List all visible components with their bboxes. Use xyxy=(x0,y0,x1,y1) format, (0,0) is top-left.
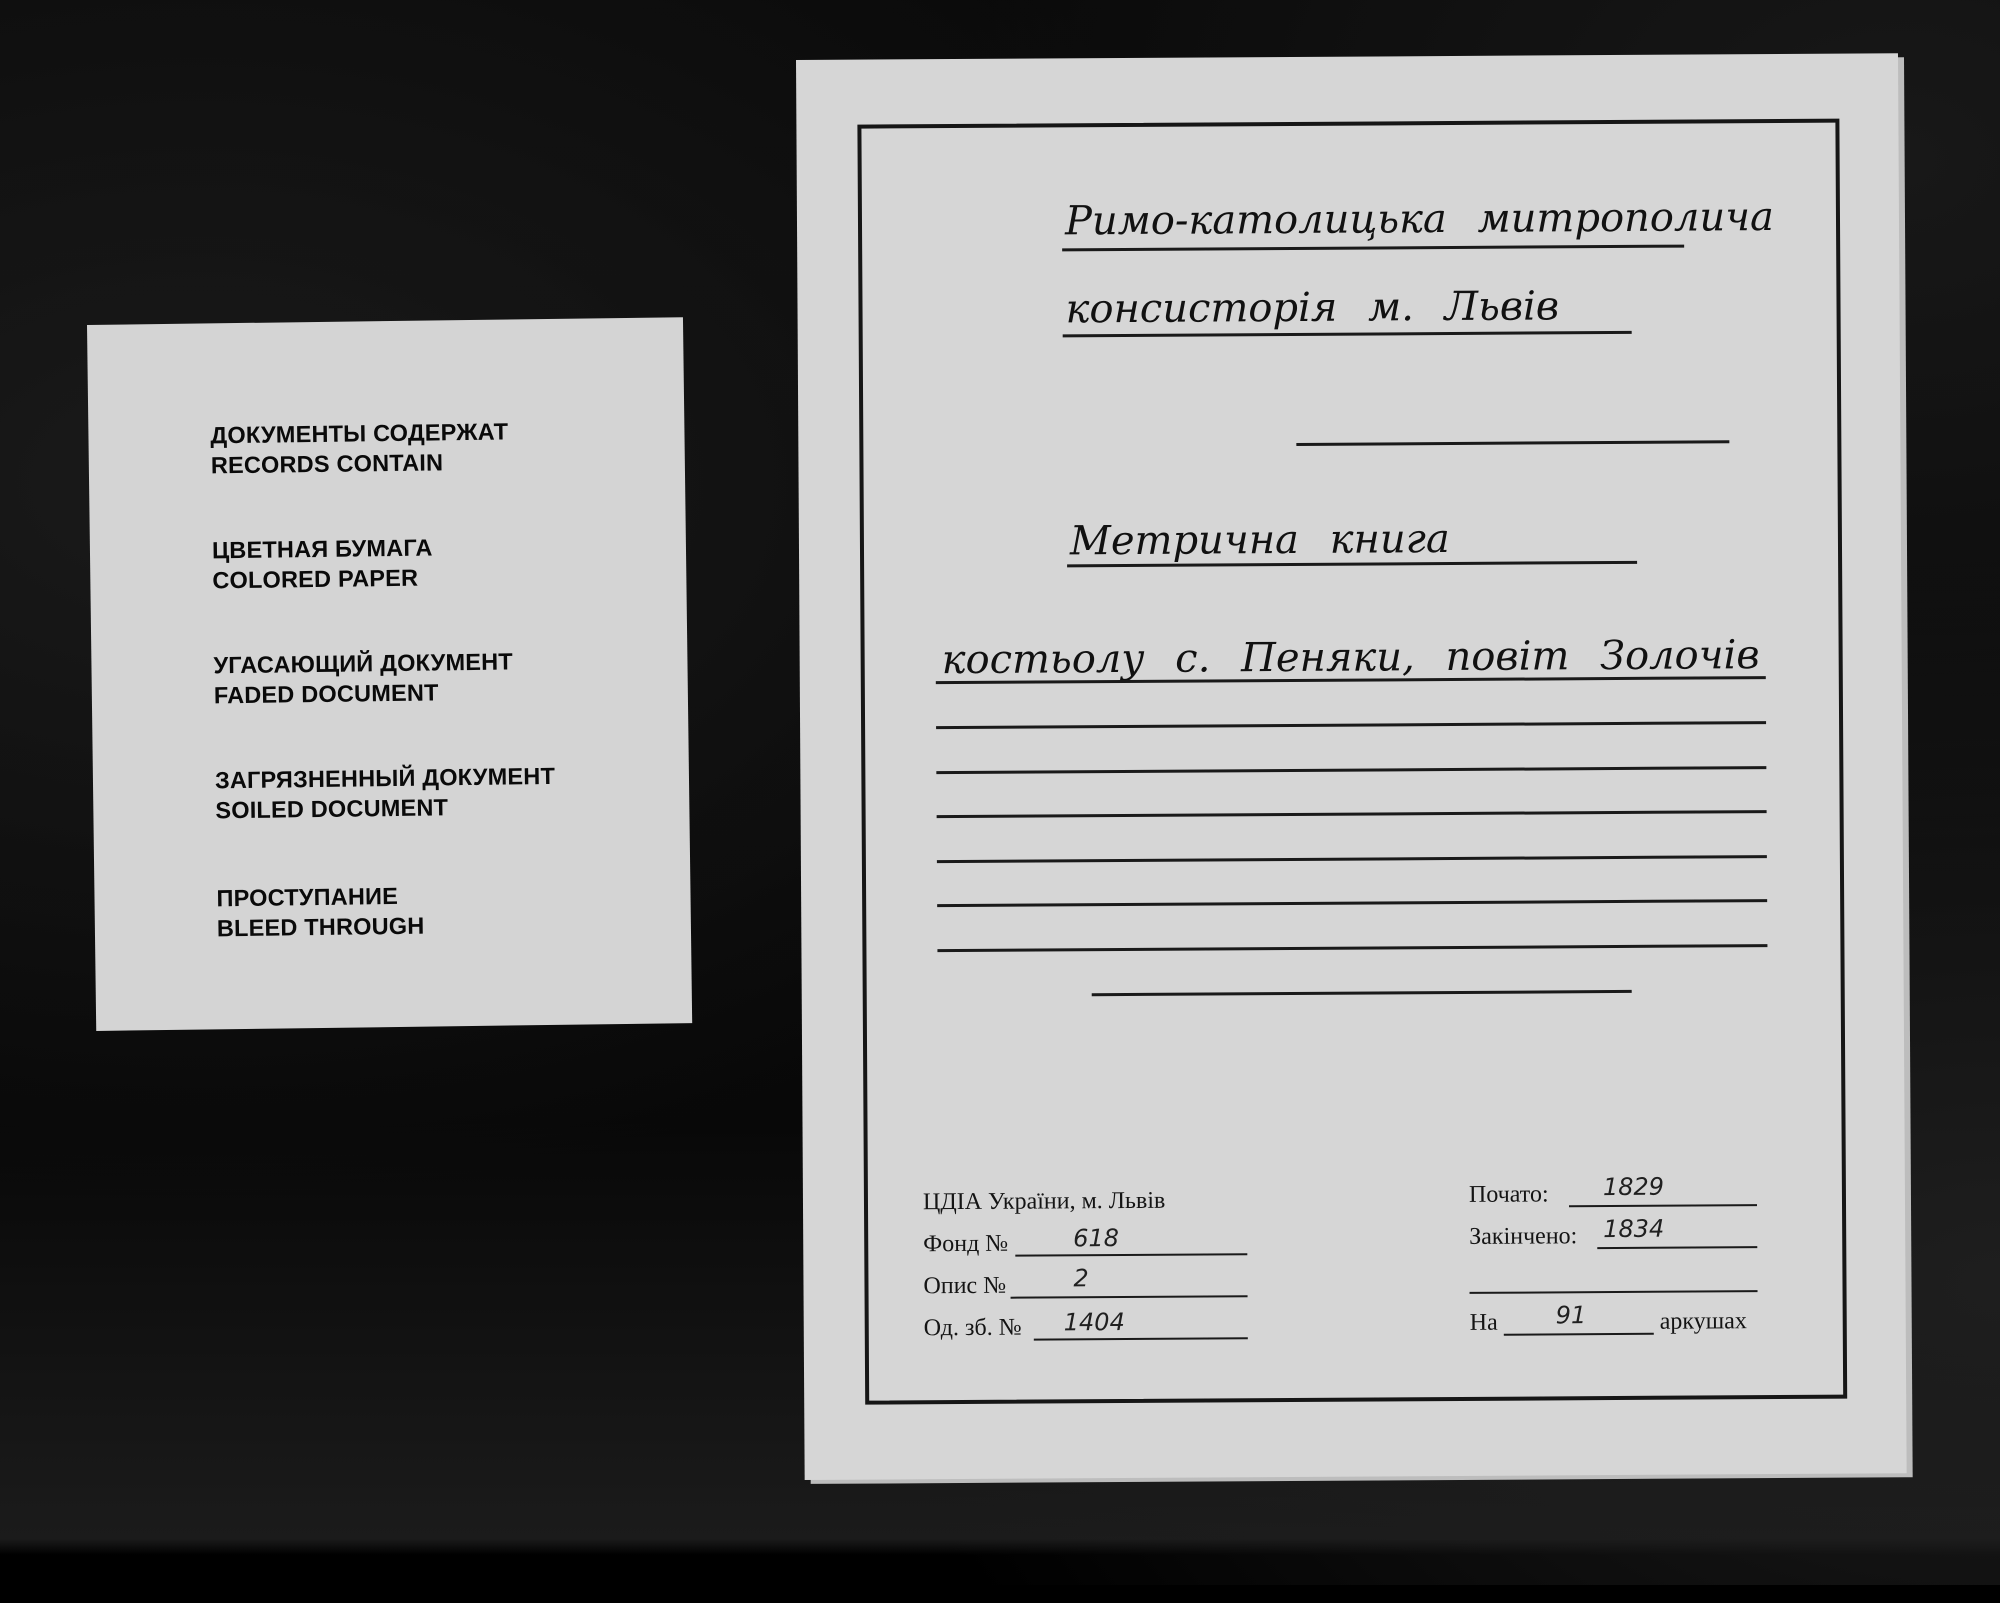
scanner-bottom-edge xyxy=(0,1585,2000,1603)
notice-bleed-through: ПРОСТУПАНИЕ BLEED THROUGH xyxy=(216,881,424,944)
opys-label: Опис № xyxy=(923,1273,1006,1301)
unit-value: 1404 xyxy=(1064,1308,1125,1336)
notice-colored-paper: ЦВЕТНАЯ БУМАГА COLORED PAPER xyxy=(212,532,433,595)
started-value: 1829 xyxy=(1603,1173,1664,1201)
institution-line-2: консисторія м. Львів xyxy=(1065,283,1559,332)
notice-soiled-document: ЗАГРЯЗНЕННЫЙ ДОКУМЕНТ SOILED DOCUMENT xyxy=(215,761,556,825)
sheets-suffix: аркушах xyxy=(1660,1308,1747,1336)
opys-value: 2 xyxy=(1073,1264,1088,1292)
sheets-value: 91 xyxy=(1556,1301,1587,1329)
book-title: Метрична книга xyxy=(1070,516,1450,564)
parish-line: костьолу с. Пеняки, повіт Золочів xyxy=(942,632,1760,683)
sheets-prefix: На xyxy=(1470,1310,1498,1337)
fond-label: Фонд № xyxy=(923,1231,1008,1259)
unit-label: Од. зб. № xyxy=(924,1315,1022,1343)
notice-faded-document: УГАСАЮЩИЙ ДОКУМЕНТ FADED DOCUMENT xyxy=(213,646,513,710)
fond-value: 618 xyxy=(1073,1224,1119,1252)
ended-label: Закінчено: xyxy=(1469,1223,1577,1251)
institution-line-1: Римо-католицька митрополича xyxy=(1065,194,1774,244)
ended-value: 1834 xyxy=(1603,1215,1664,1243)
started-label: Почато: xyxy=(1469,1181,1549,1208)
notice-records-contain: ДОКУМЕНТЫ СОДЕРЖАТ RECORDS CONTAIN xyxy=(210,416,509,480)
archive-name: ЦДІА України, м. Львів xyxy=(923,1188,1165,1216)
archive-cover-page: Римо-католицька митрополича консисторія … xyxy=(796,53,1907,1480)
notice-card: ДОКУМЕНТЫ СОДЕРЖАТ RECORDS CONTAIN ЦВЕТН… xyxy=(87,317,692,1031)
